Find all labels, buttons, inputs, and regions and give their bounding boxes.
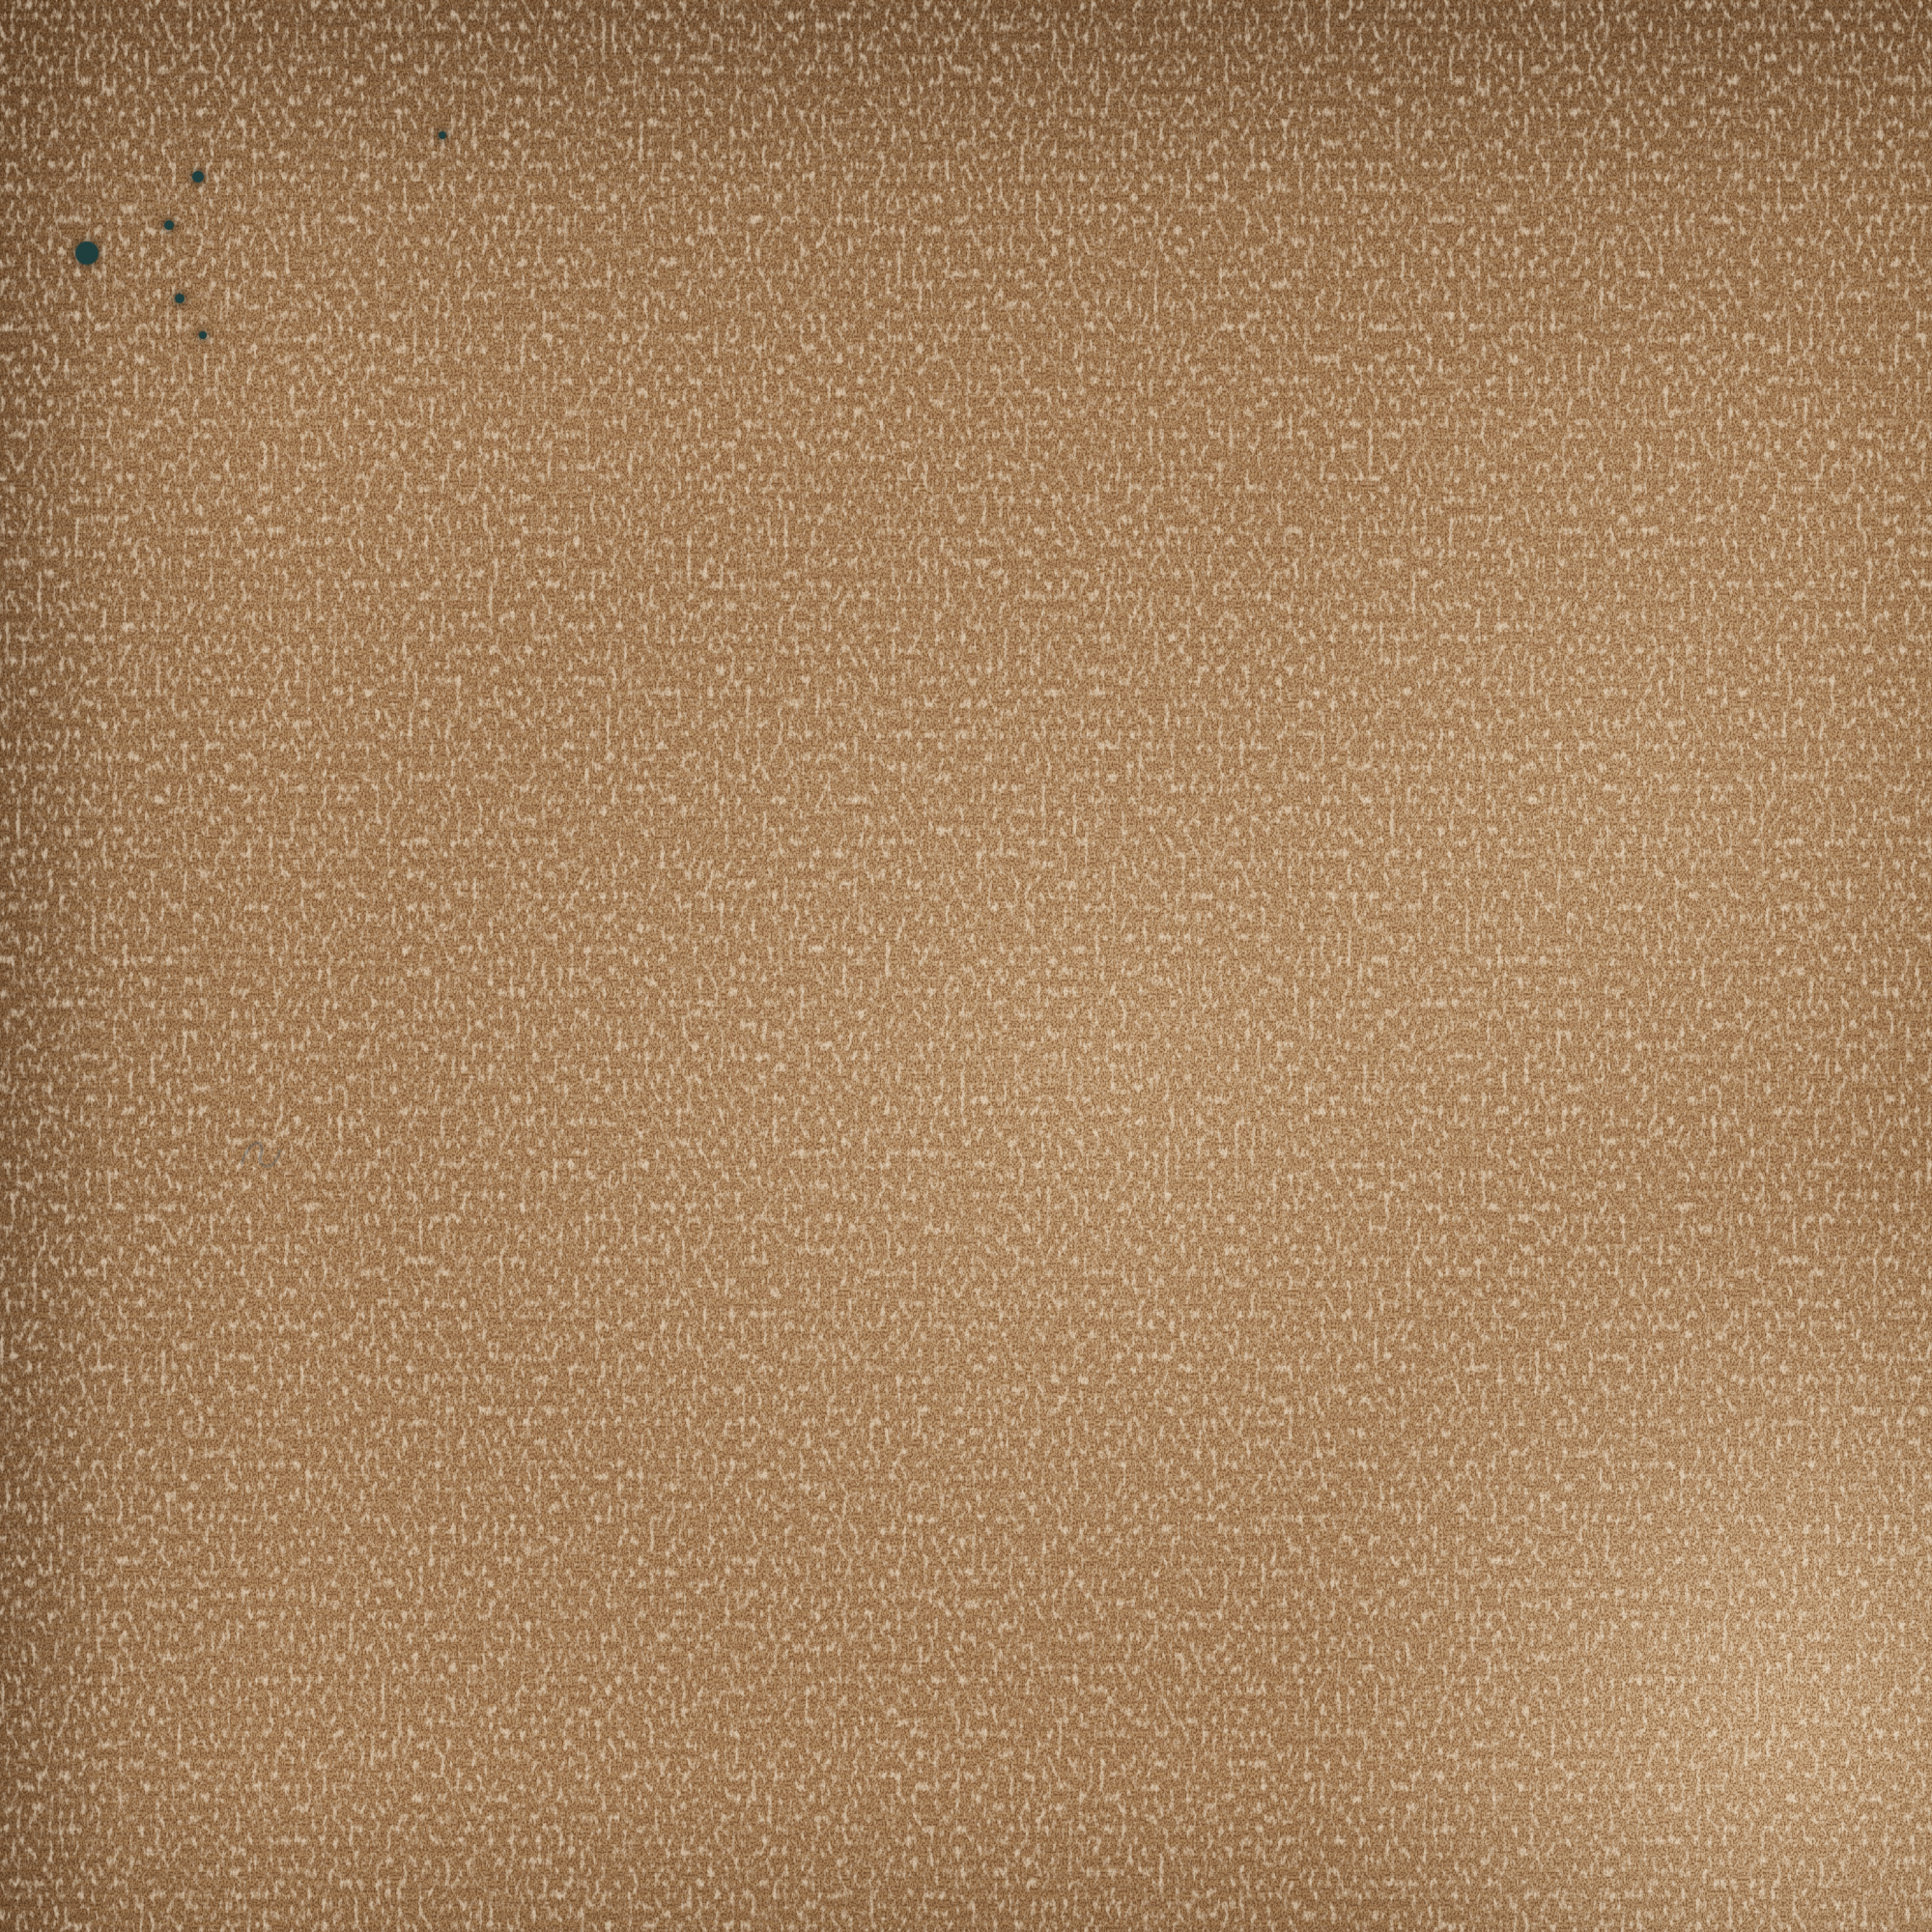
- dark-speck: [199, 331, 207, 339]
- dark-speck: [164, 220, 174, 230]
- faint-scribble-mark: [232, 1125, 290, 1183]
- dark-speck: [192, 171, 204, 183]
- dark-speck: [175, 294, 185, 303]
- dark-speck: [439, 131, 446, 139]
- brown-paper-texture: [0, 0, 1932, 1932]
- dark-speck: [75, 241, 99, 265]
- texture-horizontal-streaks: [0, 0, 1932, 1932]
